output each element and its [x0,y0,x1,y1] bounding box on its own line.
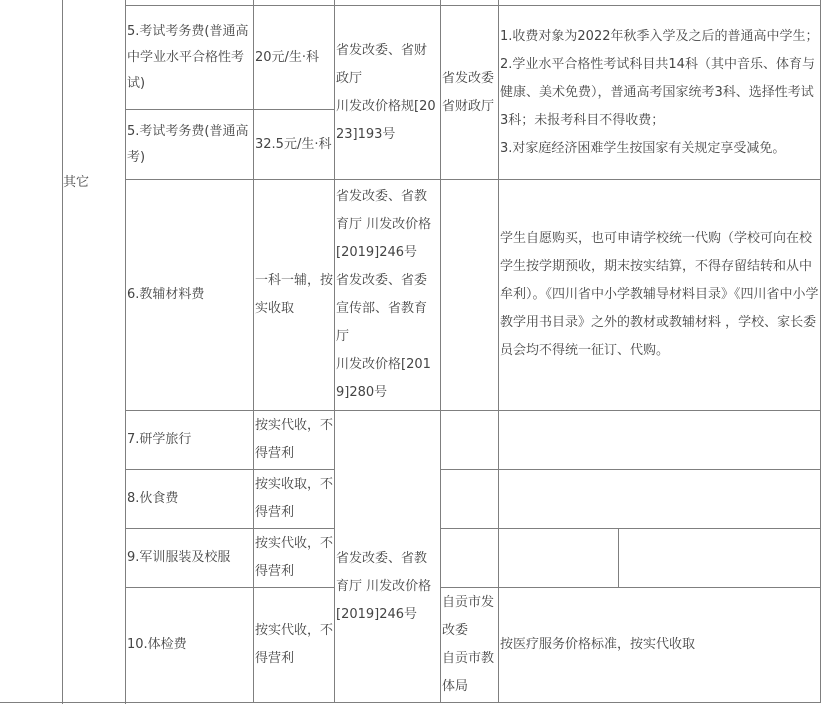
table-row-standard: 按实收取，不得营利 [253,469,335,529]
table-row-standard: 32.5元/生·科 [253,109,335,180]
remarks-a [498,528,619,588]
fee-standard: 按实代收，不得营利 [255,617,333,673]
table-row-item: 9.军训服装及校服 [125,528,254,588]
authority: 省发改委 省财政厅 [440,5,499,180]
item-name: 5.考试考务费(普通高考) [127,119,252,171]
policy-basis: 省发改委、省教育厅 川发改价格[2019]246号 省发改委、省委宣传部、省教育… [334,179,441,411]
table-row-item: 10.体检费 [125,587,254,703]
policy-basis: 省发改委、省财政厅 川发改价格规[2023]193号 [334,5,441,180]
fee-standard: 按实收取，不得营利 [255,471,333,527]
item-name: 6.教辅材料费 [127,282,204,308]
table-row-standard: 按实代收，不得营利 [253,587,335,703]
policy-basis-text: 省发改委、省教育厅 川发改价格[2019]246号 省发改委、省委宣传部、省教育… [336,183,439,407]
table-row-item: 7.研学旅行 [125,410,254,470]
remarks-text: 学生自愿购买，也可申请学校统一代购（学校可向在校学生按学期预收，期末按实结算，不… [500,225,819,365]
fee-standard: 按实代收，不得营利 [255,412,333,468]
authority: 自贡市发改委 自贡市教体局 [440,587,499,703]
policy-basis-shared: 省发改委、省教育厅 川发改价格[2019]246号 [334,410,441,703]
table-row-standard: 20元/生·科 [253,5,335,110]
authority [440,528,499,588]
item-name: 5.考试考务费(普通高中学业水平合格性考试) [127,19,252,97]
remarks-text: 1.收费对象为2022年秋季入学及之后的普通高中学生； 2.学业水平合格性考试科… [500,23,819,163]
policy-basis-text: 省发改委、省财政厅 川发改价格规[2023]193号 [336,37,439,149]
remarks [498,410,821,470]
col0-border [62,0,63,704]
item-name: 10.体检费 [127,632,187,658]
category-label: 其它 [63,170,89,196]
remarks [498,469,821,529]
remarks: 1.收费对象为2022年秋季入学及之后的普通高中学生； 2.学业水平合格性考试科… [498,5,821,180]
item-name: 9.军训服装及校服 [127,544,230,572]
remarks-b [618,528,821,588]
authority-text: 省发改委 省财政厅 [442,65,494,121]
policy-basis-text: 省发改委、省教育厅 川发改价格[2019]246号 [336,545,439,629]
table-row-item: 6.教辅材料费 [125,179,254,411]
remarks: 按医疗服务价格标准，按实代收取 [498,587,821,703]
remarks-text: 按医疗服务价格标准，按实代收取 [500,632,695,658]
table-row-item: 5.考试考务费(普通高中学业水平合格性考试) [125,5,254,110]
authority [440,179,499,411]
item-name: 8.伙食费 [127,485,178,513]
authority [440,410,499,470]
fee-standard: 20元/生·科 [255,45,319,71]
table-row-item: 8.伙食费 [125,469,254,529]
fee-standard: 一科一辅，按实收取 [255,267,333,323]
item-name: 7.研学旅行 [127,426,191,454]
authority-text: 自贡市发改委 自贡市教体局 [442,589,497,701]
table-row-standard: 按实代收，不得营利 [253,528,335,588]
table-row-item: 5.考试考务费(普通高考) [125,109,254,180]
table-row-standard: 一科一辅，按实收取 [253,179,335,411]
table-row-standard: 按实代收，不得营利 [253,410,335,470]
authority [440,469,499,529]
remarks: 学生自愿购买，也可申请学校统一代购（学校可向在校学生按学期预收，期末按实结算，不… [498,179,821,411]
fee-standard: 32.5元/生·科 [255,132,331,158]
fee-standard: 按实代收，不得营利 [255,530,333,586]
